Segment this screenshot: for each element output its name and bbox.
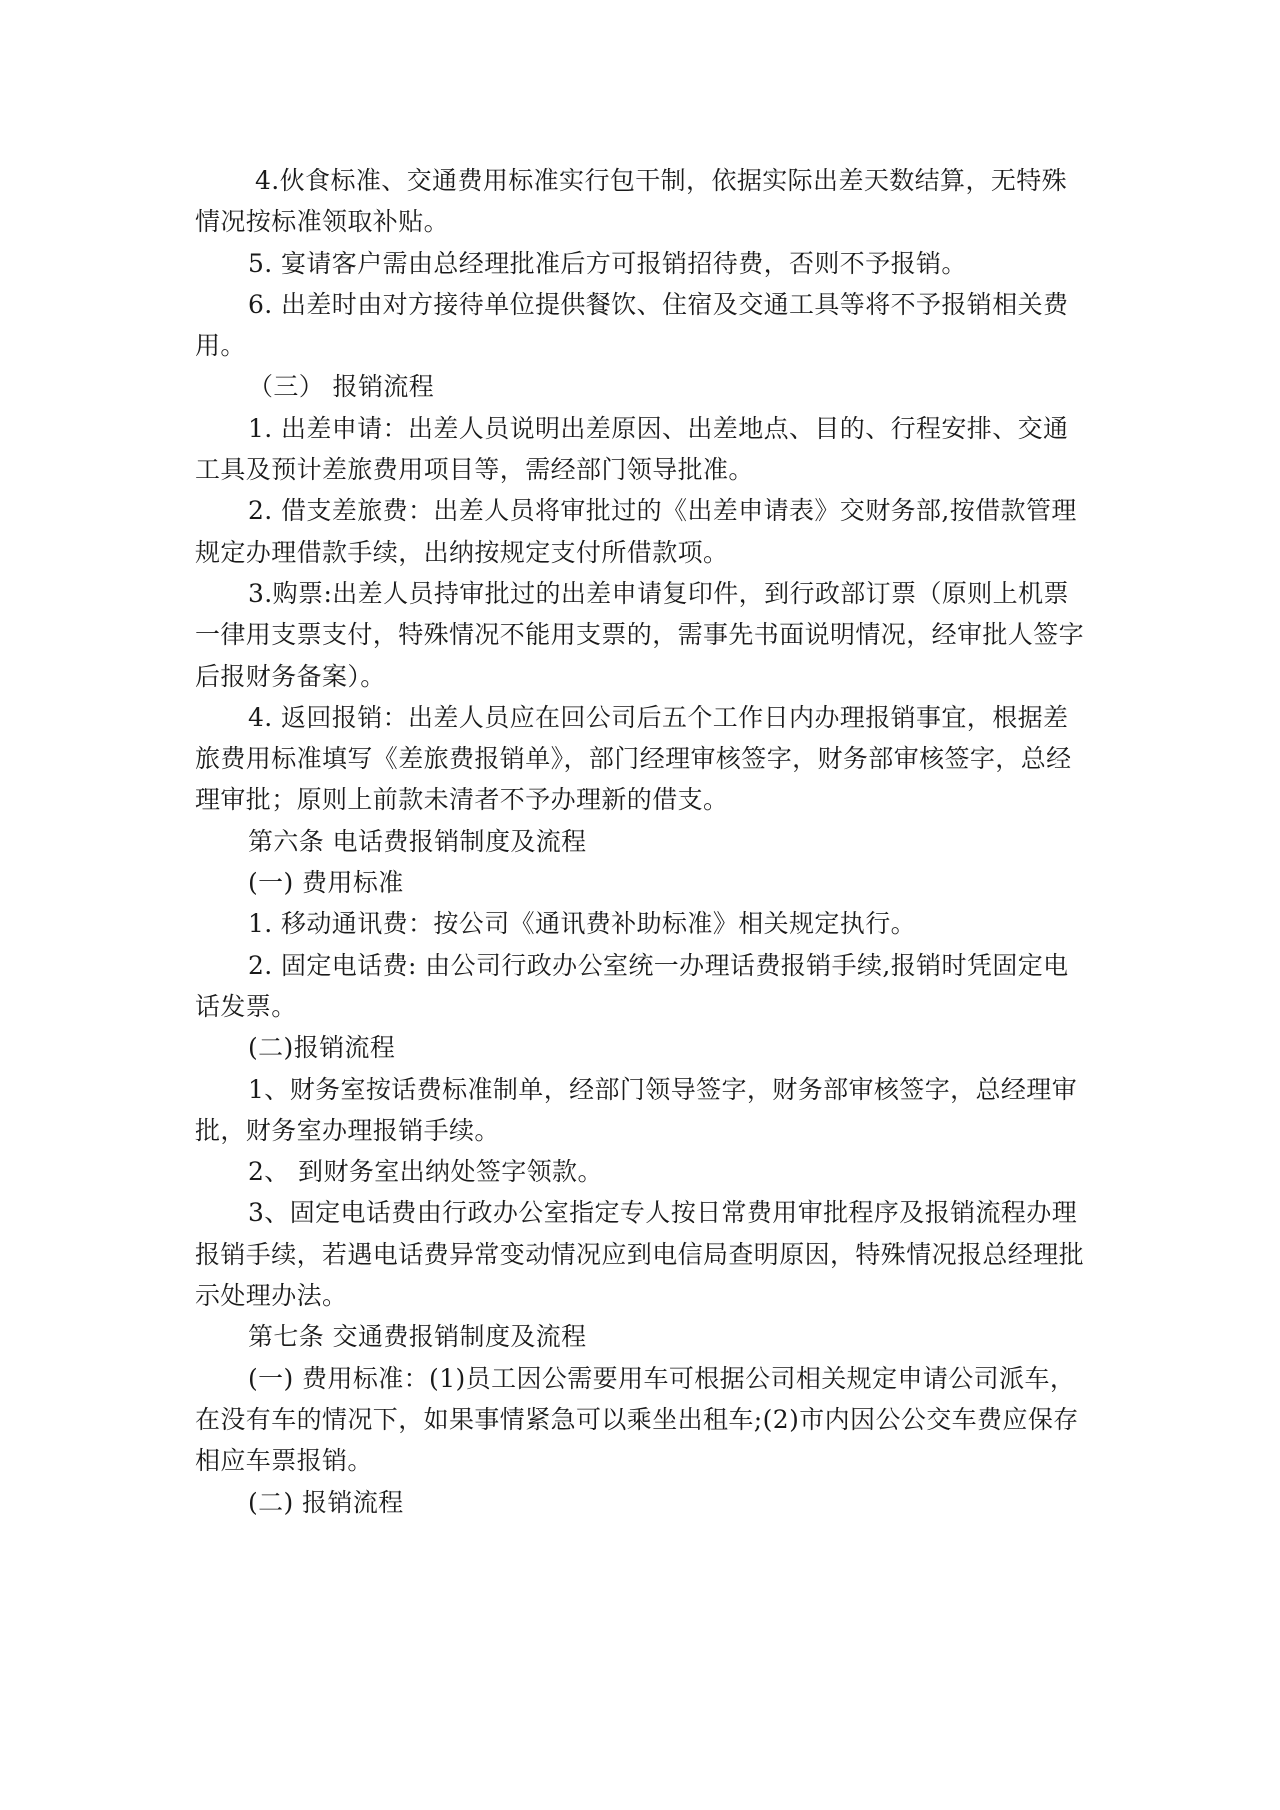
paragraph-line: 2. 固定电话费: 由公司行政办公室统一办理话费报销手续,报销时凭固定电 [195, 945, 1095, 986]
paragraph-line: 报销手续，若遇电话费异常变动情况应到电信局查明原因，特殊情况报总经理批 [195, 1234, 1095, 1275]
paragraph-line: 旅费用标准填写《差旅费报销单》，部门经理审核签字，财务部审核签字，总经 [195, 738, 1095, 779]
paragraph-line: 情况按标准领取补贴。 [195, 201, 1095, 242]
article-heading: 第六条 电话费报销制度及流程 [195, 821, 1095, 862]
section-heading: (一) 费用标准 [195, 862, 1095, 903]
paragraph-line: 6. 出差时由对方接待单位提供餐饮、住宿及交通工具等将不予报销相关费 [195, 284, 1095, 325]
section-heading: （三） 报销流程 [195, 366, 1095, 407]
paragraph-line: 3、固定电话费由行政办公室指定专人按日常费用审批程序及报销流程办理 [195, 1192, 1095, 1233]
paragraph-line: 1. 出差申请：出差人员说明出差原因、出差地点、目的、行程安排、交通 [195, 408, 1095, 449]
paragraph-line: 2、 到财务室出纳处签字领款。 [195, 1151, 1095, 1192]
paragraph-line: 后报财务备案）。 [195, 656, 1095, 697]
paragraph-line: 示处理办法。 [195, 1275, 1095, 1316]
document-page: 4.伙食标准、交通费用标准实行包干制，依据实际出差天数结算，无特殊 情况按标准领… [195, 160, 1095, 1523]
paragraph-line: 批，财务室办理报销手续。 [195, 1110, 1095, 1151]
paragraph-line: 理审批；原则上前款未清者不予办理新的借支。 [195, 779, 1095, 820]
paragraph-line: 4. 返回报销：出差人员应在回公司后五个工作日内办理报销事宜，根据差 [195, 697, 1095, 738]
paragraph-line: 相应车票报销。 [195, 1440, 1095, 1481]
paragraph-line: (一) 费用标准：(1)员工因公需要用车可根据公司相关规定申请公司派车， [195, 1358, 1095, 1399]
paragraph-line: 1. 移动通讯费：按公司《通讯费补助标准》相关规定执行。 [195, 903, 1095, 944]
paragraph-line: 工具及预计差旅费用项目等，需经部门领导批准。 [195, 449, 1095, 490]
paragraph-line: 在没有车的情况下，如果事情紧急可以乘坐出租车;(2)市内因公公交车费应保存 [195, 1399, 1095, 1440]
paragraph-line: 一律用支票支付，特殊情况不能用支票的，需事先书面说明情况，经审批人签字 [195, 614, 1095, 655]
paragraph-line: 5. 宴请客户需由总经理批准后方可报销招待费，否则不予报销。 [195, 243, 1095, 284]
paragraph-line: 话发票。 [195, 986, 1095, 1027]
paragraph-line: 用。 [195, 325, 1095, 366]
paragraph-line: 1、财务室按话费标准制单，经部门领导签字，财务部审核签字，总经理审 [195, 1069, 1095, 1110]
section-heading: (二)报销流程 [195, 1027, 1095, 1068]
paragraph-line: 4.伙食标准、交通费用标准实行包干制，依据实际出差天数结算，无特殊 [195, 160, 1095, 201]
paragraph-line: 2. 借支差旅费：出差人员将审批过的《出差申请表》交财务部,按借款管理 [195, 490, 1095, 531]
paragraph-line: 规定办理借款手续，出纳按规定支付所借款项。 [195, 532, 1095, 573]
paragraph-line: 3.购票:出差人员持审批过的出差申请复印件，到行政部订票（原则上机票 [195, 573, 1095, 614]
article-heading: 第七条 交通费报销制度及流程 [195, 1316, 1095, 1357]
section-heading: (二) 报销流程 [195, 1482, 1095, 1523]
